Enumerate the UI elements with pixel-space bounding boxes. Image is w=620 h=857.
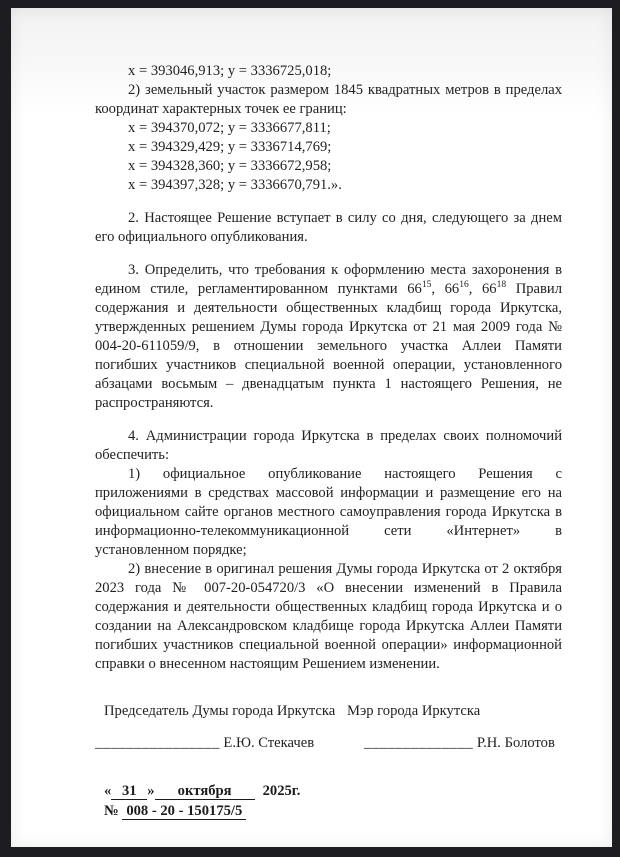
footnote-superscript: 18 [497,280,507,290]
document-number: 008 - 20 - 150175/5 [122,804,246,820]
coordinate-line: х = 394370,072; у = 3336677,811; [95,119,562,138]
document-number-line: № 008 - 20 - 150175/5 [104,801,562,821]
mayor-signature: ______________ Р.Н. Болотов [364,734,555,753]
signature-blank-line: ______________ [364,735,473,751]
document-page: х = 393046,913; у = 3336725,018; 2) земе… [11,8,612,847]
clause-2: 2. Настоящее Решение вступает в силу со … [95,209,562,247]
date-number-block: «31»октября2025г. № 008 - 20 - 150175/5 [104,781,562,821]
coordinate-line: х = 394397,328; у = 3336670,791.». [95,176,562,195]
number-sign: № [104,803,119,819]
chairman-signature: ________________ Е.Ю. Стекачев [95,734,364,753]
coordinate-line: х = 394329,429; у = 3336714,769; [95,138,562,157]
date-year: 2025г. [263,783,301,799]
chairman-name: Е.Ю. Стекачев [223,735,314,751]
chairman-title: Председатель Думы города Иркутска [104,702,347,721]
signature-block: Председатель Думы города Иркутска Мэр го… [95,702,562,753]
signature-lines-row: ________________ Е.Ю. Стекачев _________… [95,734,562,753]
clause-3: 3. Определить, что требования к оформлен… [95,261,562,413]
signature-blank-line: ________________ [95,735,220,751]
date-month: октября [155,784,255,800]
photo-frame: х = 393046,913; у = 3336725,018; 2) земе… [0,0,620,857]
clause-4-intro: 4. Администрации города Иркутска в преде… [95,427,562,465]
footnote-superscript: 16 [459,280,469,290]
clause-4-item-2: 2) внесение в оригинал решения Думы горо… [95,560,562,674]
clause-3-text: , 66 [469,281,497,297]
clause-3-text: , 66 [431,281,459,297]
clause-4-item-1: 1) официальное опубликование настоящего … [95,465,562,560]
footnote-superscript: 15 [422,280,432,290]
coordinate-line: х = 393046,913; у = 3336725,018; [95,62,562,81]
mayor-name: Р.Н. Болотов [477,735,555,751]
signature-titles-row: Председатель Думы города Иркутска Мэр го… [104,702,562,721]
date-day: 31 [111,784,147,800]
clause-3-text: Правил содержания и деятельности обществ… [95,281,562,411]
land-plot-paragraph: 2) земельный участок размером 1845 квадр… [95,81,562,119]
open-quote: « [104,783,111,799]
document-body: х = 393046,913; у = 3336725,018; 2) земе… [11,8,612,821]
mayor-title: Мэр города Иркутска [347,702,480,721]
close-quote: » [147,783,154,799]
coordinate-line: х = 394328,360; у = 3336672,958; [95,157,562,176]
date-line: «31»октября2025г. [104,781,562,801]
